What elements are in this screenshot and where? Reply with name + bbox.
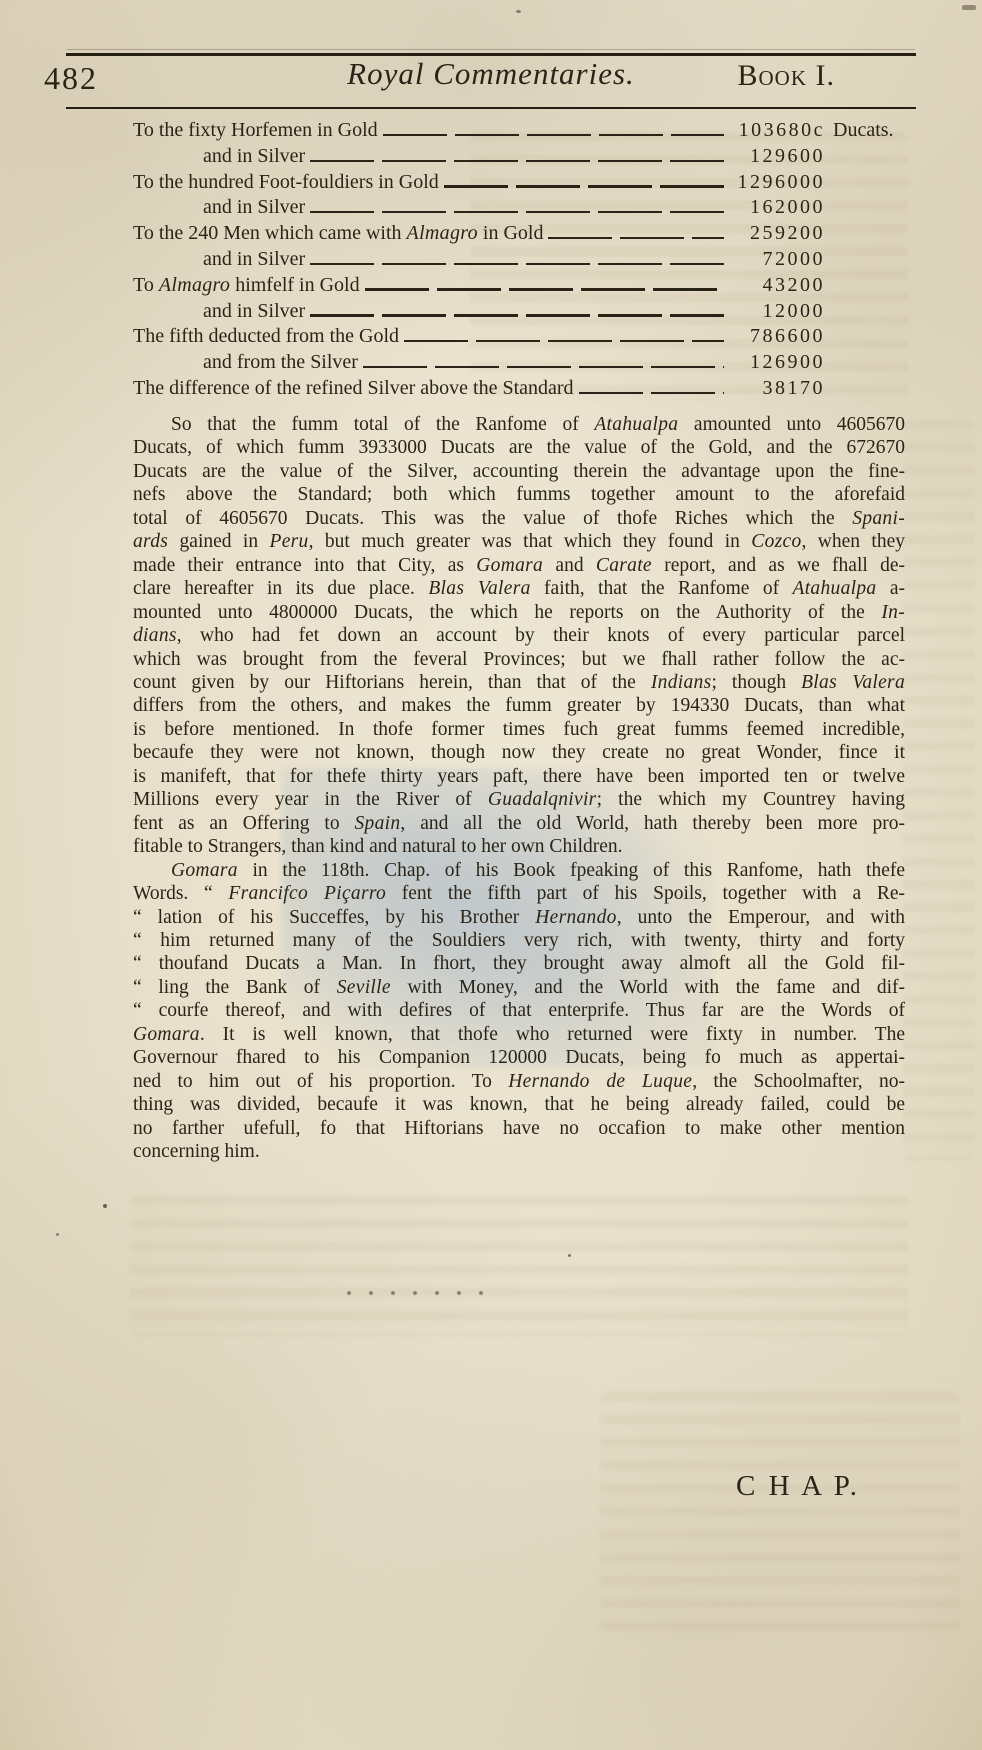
text-segment: Cozco xyxy=(751,531,801,552)
leader-line xyxy=(310,211,724,213)
text-line: nefs above the Standard; both which fumm… xyxy=(133,483,905,506)
text-line: Words. “ Francifco Piçarro fent the fift… xyxy=(133,882,905,905)
ink-speck xyxy=(56,1233,59,1236)
text-segment: with Money, and the World with the fame … xyxy=(391,977,905,998)
ledger-row: To Almagro himfelf in Gold43200 xyxy=(133,274,905,300)
text-segment: nefs above the Standard; both which fumm… xyxy=(133,484,905,505)
text-segment: To the fixty Horfemen in Gold xyxy=(133,119,378,141)
text-segment: Hernando de Luque xyxy=(508,1071,692,1092)
text-segment: faith, that the Ranfome of xyxy=(531,578,793,599)
ledger-label: To the 240 Men which came with Almagro i… xyxy=(133,222,543,245)
text-segment: Atahualpa xyxy=(792,578,876,599)
ledger-value: 259200 xyxy=(729,222,825,245)
text-segment: Almagro xyxy=(159,274,230,296)
paragraph: So that the fumm total of the Ranfome of… xyxy=(133,413,905,859)
text-segment: , but much greater was that which they f… xyxy=(309,531,752,552)
bleed-through-ghost xyxy=(600,1392,960,1642)
book-page-scan: 482 Royal Commentaries. Book I. To the f… xyxy=(0,0,982,1750)
ledger-value: 1296000 xyxy=(729,171,825,194)
leader-line xyxy=(548,237,724,239)
text-segment: no farther ufefull, fo that Hiftorians h… xyxy=(133,1118,905,1139)
text-line: thing was divided, becaufe it was known,… xyxy=(133,1093,905,1116)
text-segment: So that the fumm total of the Ranfome of xyxy=(171,414,594,435)
text-segment: “ lation of his Succeffes, by his Brothe… xyxy=(133,907,535,928)
header-rule-bottom xyxy=(66,107,916,109)
text-segment: Seville xyxy=(337,977,391,998)
ledger-label: and from the Silver xyxy=(133,351,358,374)
text-line: fent as an Offering to Spain, and all th… xyxy=(133,812,905,835)
text-segment: thing was divided, becaufe it was known,… xyxy=(133,1094,905,1115)
text-segment: fitable to Strangers, than kind and natu… xyxy=(133,836,623,857)
text-line: “ lation of his Succeffes, by his Brothe… xyxy=(133,906,905,929)
text-segment: Gomara xyxy=(171,860,238,881)
text-segment: fent the fifth part of his Spoils, toget… xyxy=(386,883,905,904)
ransom-ledger: To the fixty Horfemen in Gold103680cDuca… xyxy=(133,119,905,403)
text-segment: is before mentioned. In thofe former tim… xyxy=(133,719,905,740)
ledger-row: and in Silver162000 xyxy=(133,196,905,222)
text-line: count given by our Hiftorians herein, th… xyxy=(133,671,905,694)
text-segment: Gomara xyxy=(133,1024,200,1045)
ledger-row: To the fixty Horfemen in Gold103680cDuca… xyxy=(133,119,905,145)
text-segment: ned to him out of his proportion. To xyxy=(133,1071,508,1092)
leader-line xyxy=(363,366,724,368)
ledger-row: and in Silver72000 xyxy=(133,248,905,274)
text-segment: and in Silver xyxy=(203,248,305,270)
text-segment: report, and as we fhall de- xyxy=(652,555,905,576)
ledger-row: To the 240 Men which came with Almagro i… xyxy=(133,222,905,248)
ledger-label: and in Silver xyxy=(133,196,305,219)
text-line: “ him returned many of the Souldiers ver… xyxy=(133,929,905,952)
text-segment: In- xyxy=(881,602,905,623)
text-segment: Almagro xyxy=(407,222,478,244)
text-segment: Words. “ xyxy=(133,883,228,904)
text-segment: Ducats, of which fumm 3933000 Ducats are… xyxy=(133,437,905,458)
text-segment: Peru xyxy=(270,531,309,552)
text-segment: Spani- xyxy=(852,508,905,529)
text-line: total of 4605670 Ducats. This was the va… xyxy=(133,507,905,530)
text-segment: becaufe they were not known, though now … xyxy=(133,742,905,763)
text-segment: Millions every year in the River of xyxy=(133,789,488,810)
ledger-label: To Almagro himfelf in Gold xyxy=(133,274,360,297)
text-line: Ducats, of which fumm 3933000 Ducats are… xyxy=(133,436,905,459)
text-line: made their entrance into that City, as G… xyxy=(133,554,905,577)
text-segment: Hernando xyxy=(535,907,616,928)
text-segment: , the Schoolmafter, no- xyxy=(692,1071,905,1092)
ink-speck xyxy=(962,5,976,10)
text-line: which was brought from the feveral Provi… xyxy=(133,648,905,671)
ledger-value: 103680c xyxy=(729,119,825,142)
ledger-row: and from the Silver126900 xyxy=(133,351,905,377)
ink-speck xyxy=(568,1254,571,1257)
ink-speck xyxy=(516,10,521,13)
book-label: Book I. xyxy=(738,59,836,93)
text-line: differs from the others, and makes the f… xyxy=(133,694,905,717)
text-segment: The fifth deducted from the Gold xyxy=(133,325,399,347)
text-segment: made their entrance into that City, as xyxy=(133,555,476,576)
text-line: is manifeft, that for thefe thirty years… xyxy=(133,765,905,788)
catchword: C H A P. xyxy=(736,1470,860,1503)
ledger-value: 786600 xyxy=(729,325,825,348)
text-segment: Blas Valera xyxy=(801,672,905,693)
text-segment: ; though xyxy=(711,672,801,693)
ledger-row: and in Silver12000 xyxy=(133,300,905,326)
text-segment: which was brought from the feveral Provi… xyxy=(133,649,905,670)
text-line: So that the fumm total of the Ranfome of… xyxy=(133,413,905,436)
bleed-through-ghost xyxy=(130,1196,908,1336)
text-segment: , when they xyxy=(802,531,905,552)
text-line: is before mentioned. In thofe former tim… xyxy=(133,718,905,741)
text-segment: and from the Silver xyxy=(203,351,358,373)
ledger-row: To the hundred Foot-fouldiers in Gold129… xyxy=(133,171,905,197)
ledger-label: The fifth deducted from the Gold xyxy=(133,325,399,348)
ink-speck xyxy=(103,1204,107,1208)
text-segment: in Gold xyxy=(478,222,544,244)
text-segment: To the 240 Men which came with xyxy=(133,222,407,244)
leader-line xyxy=(310,314,724,316)
text-line: no farther ufefull, fo that Hiftorians h… xyxy=(133,1117,905,1140)
text-segment: Indians xyxy=(651,672,712,693)
ledger-value: 162000 xyxy=(729,196,825,219)
ledger-label: and in Silver xyxy=(133,248,305,271)
ledger-row: The fifth deducted from the Gold786600 xyxy=(133,325,905,351)
body-paragraphs: So that the fumm total of the Ranfome of… xyxy=(133,413,905,1164)
text-segment: Gomara xyxy=(476,555,543,576)
text-line: mounted unto 4800000 Ducats, the which h… xyxy=(133,601,905,624)
text-line: clare hereafter in its due place. Blas V… xyxy=(133,577,905,600)
text-segment: and in Silver xyxy=(203,145,305,167)
text-segment: himfelf in Gold xyxy=(230,274,359,296)
text-line: Gomara in the 118th. Chap. of his Book f… xyxy=(133,859,905,882)
ledger-value: 38170 xyxy=(729,377,825,400)
text-segment: To the hundred Foot-fouldiers in Gold xyxy=(133,171,439,193)
text-segment: Carate xyxy=(596,555,652,576)
ledger-row: The difference of the refined Silver abo… xyxy=(133,377,905,403)
leader-line xyxy=(444,185,724,187)
text-segment: ; the which my Countrey having xyxy=(597,789,905,810)
text-segment: amounted unto 4605670 xyxy=(678,414,905,435)
ledger-label: To the fixty Horfemen in Gold xyxy=(133,119,378,142)
text-line: Gomara. It is well known, that thofe who… xyxy=(133,1023,905,1046)
ledger-label: and in Silver xyxy=(133,300,305,323)
leader-line xyxy=(365,288,724,290)
text-segment: is manifeft, that for thefe thirty years… xyxy=(133,766,905,787)
text-segment: To xyxy=(133,274,159,296)
text-segment: and in Silver xyxy=(203,196,305,218)
text-line: “ courfe thereof, and with defires of th… xyxy=(133,999,905,1022)
text-segment: , unto the Emperour, and with xyxy=(617,907,905,928)
text-segment: Francifco Piçarro xyxy=(228,883,386,904)
text-line: “ ling the Bank of Seville with Money, a… xyxy=(133,976,905,999)
text-segment: mounted unto 4800000 Ducats, the which h… xyxy=(133,602,881,623)
text-segment: fent as an Offering to xyxy=(133,813,354,834)
text-segment: “ ling the Bank of xyxy=(133,977,337,998)
text-segment: Governour fhared to his Companion 120000… xyxy=(133,1047,905,1068)
text-segment: Blas Valera xyxy=(428,578,530,599)
leader-line xyxy=(310,263,724,265)
ledger-label: To the hundred Foot-fouldiers in Gold xyxy=(133,171,439,194)
dotted-separator xyxy=(345,1290,495,1296)
ledger-value: 12000 xyxy=(729,300,825,323)
text-line: Ducats are the value of the Silver, acco… xyxy=(133,460,905,483)
ledger-value: 72000 xyxy=(729,248,825,271)
paragraph: Gomara in the 118th. Chap. of his Book f… xyxy=(133,859,905,1164)
bleed-through-ghost xyxy=(903,420,975,1160)
text-line: concerning him. xyxy=(133,1140,905,1163)
text-segment: Atahualpa xyxy=(594,414,678,435)
text-line: ards gained in Peru, but much greater wa… xyxy=(133,530,905,553)
text-segment: clare hereafter in its due place. xyxy=(133,578,428,599)
ledger-value: 43200 xyxy=(729,274,825,297)
text-line: fitable to Strangers, than kind and natu… xyxy=(133,835,905,858)
text-line: dians, who had fet down an account by th… xyxy=(133,624,905,647)
leader-line xyxy=(383,134,724,136)
leader-line xyxy=(579,392,724,394)
text-segment: “ thoufand Ducats a Man. In fhort, they … xyxy=(133,953,905,974)
text-segment: count given by our Hiftorians herein, th… xyxy=(133,672,651,693)
text-segment: The difference of the refined Silver abo… xyxy=(133,377,574,399)
text-segment: dians xyxy=(133,625,177,646)
text-line: becaufe they were not known, though now … xyxy=(133,741,905,764)
text-segment: , who had fet down an account by their k… xyxy=(177,625,905,646)
text-line: Millions every year in the River of Guad… xyxy=(133,788,905,811)
text-line: ned to him out of his proportion. To Her… xyxy=(133,1070,905,1093)
ledger-label: The difference of the refined Silver abo… xyxy=(133,377,574,400)
text-segment: “ courfe thereof, and with defires of th… xyxy=(133,1000,905,1021)
text-line: “ thoufand Ducats a Man. In fhort, they … xyxy=(133,952,905,975)
text-segment: , and all the old World, hath thereby be… xyxy=(400,813,905,834)
text-segment: in the 118th. Chap. of his Book fpeaking… xyxy=(238,860,905,881)
text-segment: ards xyxy=(133,531,168,552)
text-segment: Guadalqnivir xyxy=(488,789,597,810)
ledger-value: 129600 xyxy=(729,145,825,168)
text-segment: and xyxy=(543,555,596,576)
text-line: Governour fhared to his Companion 120000… xyxy=(133,1046,905,1069)
text-segment: and in Silver xyxy=(203,300,305,322)
text-segment: “ him returned many of the Souldiers ver… xyxy=(133,930,905,951)
text-segment: Spain xyxy=(354,813,400,834)
text-segment: a- xyxy=(876,578,905,599)
leader-line xyxy=(310,160,724,162)
ledger-value: 126900 xyxy=(729,351,825,374)
text-segment: concerning him. xyxy=(133,1141,260,1162)
leader-line xyxy=(404,340,724,342)
ledger-label: and in Silver xyxy=(133,145,305,168)
text-segment: gained in xyxy=(168,531,269,552)
text-segment: differs from the others, and makes the f… xyxy=(133,695,905,716)
ledger-unit: Ducats. xyxy=(825,119,905,142)
text-segment: Ducats are the value of the Silver, acco… xyxy=(133,461,905,482)
ledger-row: and in Silver129600 xyxy=(133,145,905,171)
text-segment: total of 4605670 Ducats. This was the va… xyxy=(133,508,852,529)
text-segment: . It is well known, that thofe who retur… xyxy=(200,1024,905,1045)
